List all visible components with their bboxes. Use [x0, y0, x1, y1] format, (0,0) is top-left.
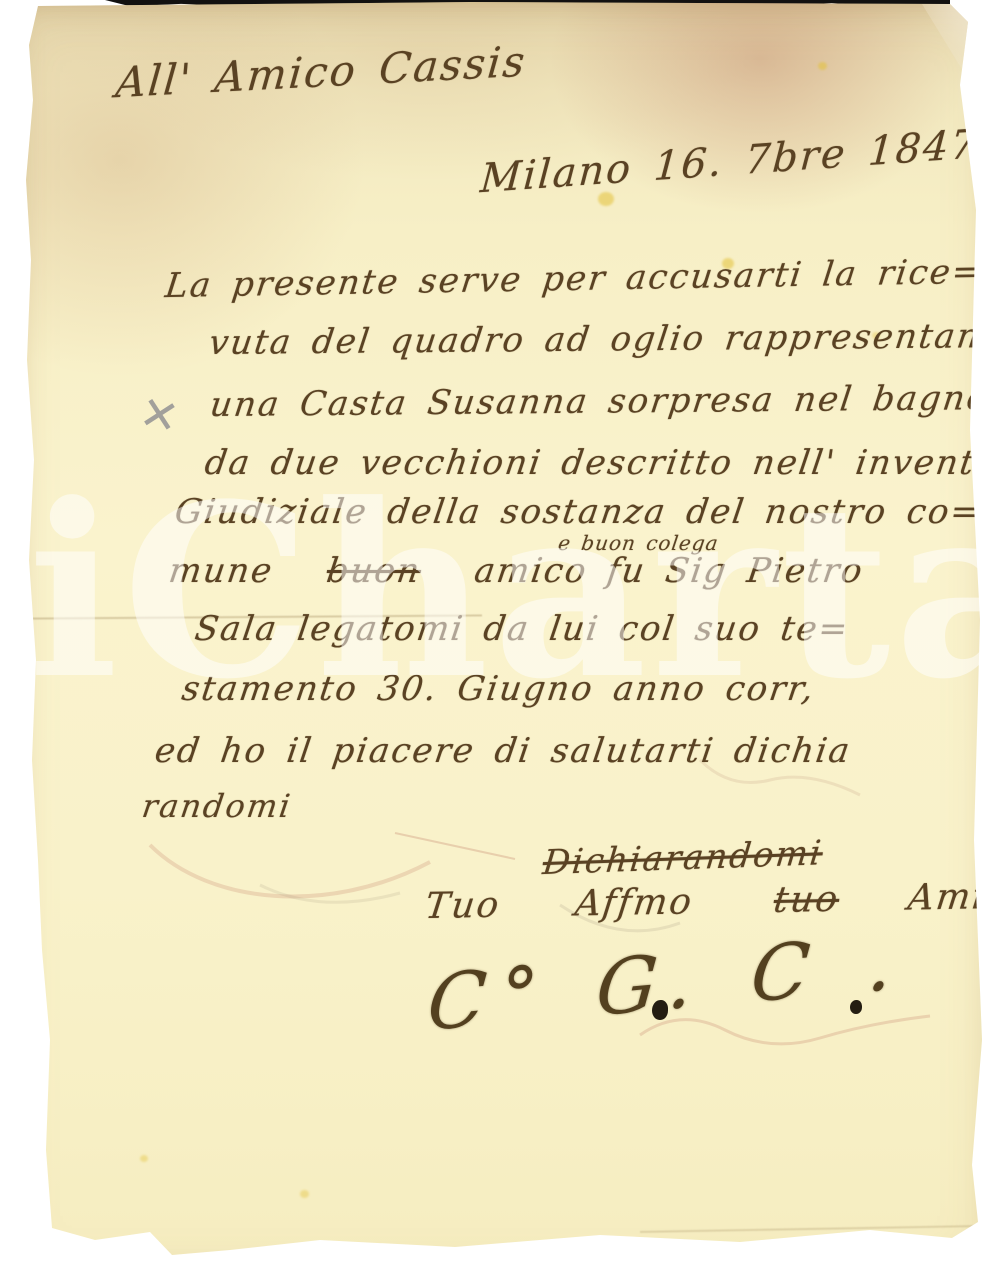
body-line: randomi: [140, 787, 295, 825]
body-line: mune buon amico fu Sig Pietro: [166, 551, 866, 591]
body-line: una Casta Susanna sorpresa nel bagno: [208, 378, 992, 425]
closing-post: Amico: [906, 875, 1000, 918]
body-line: da due vecchioni descritto nell' inventa…: [202, 443, 1000, 483]
ink-blot: [850, 1000, 862, 1014]
closing-pre: Tuo: [423, 885, 503, 927]
body-line: Giudiziale della sostanza del nostro co=: [172, 492, 984, 532]
body-line: Sala legatomi da lui col suo te=: [192, 609, 852, 649]
body-line: vuta del quadro ad oglio rappresentante: [207, 316, 1000, 363]
body-line6-post: amico fu Sig Pietro: [472, 551, 867, 591]
body-line: stamento 30. Giugno anno corr,: [179, 669, 817, 709]
body-line6-struck-word: buon: [324, 551, 424, 591]
closing-mid: Affmo: [573, 881, 696, 924]
ink-blot: [652, 1000, 668, 1020]
letter-paper: ✕ All' Amico Cassis Milano 16. 7bre 1847…: [0, 0, 1000, 1288]
closing-struck-word: tuo: [771, 879, 841, 921]
body-line: ed ho il piacere di salutarti dichia: [152, 731, 853, 771]
scanned-letter: ✕ All' Amico Cassis Milano 16. 7bre 1847…: [0, 0, 1000, 1288]
body-line6-pre: mune: [166, 551, 276, 591]
